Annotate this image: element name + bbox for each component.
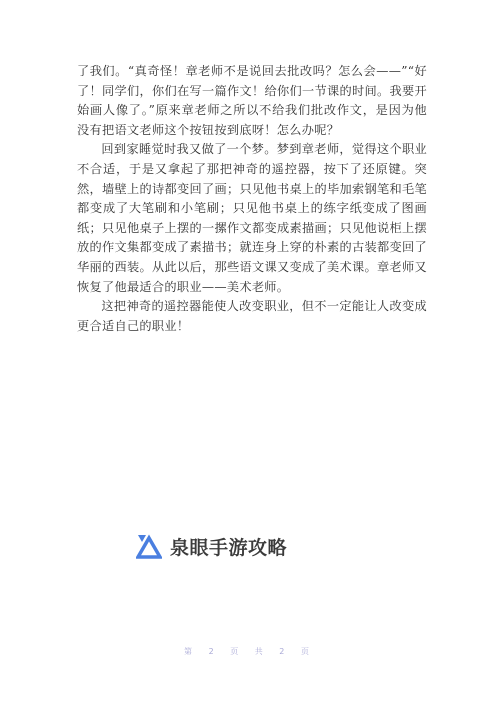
paragraph-1: 了我们。“真奇怪！章老师不是说回去批改吗？怎么会——”“好了！同学们，你们在写一…	[77, 62, 427, 140]
watermark-text: 泉眼手游攻略	[170, 533, 287, 560]
paragraph-2: 回到家睡觉时我又做了一个梦。梦到章老师，觉得这个职业不合适，于是又拿起了那把神奇…	[77, 140, 427, 297]
watermark: 泉眼手游攻略	[136, 528, 287, 564]
triangle-logo-icon	[136, 533, 162, 559]
page-number-footer: 第 2 页 共 2 页	[0, 646, 500, 657]
document-page: 了我们。“真奇怪！章老师不是说回去批改吗？怎么会——”“好了！同学们，你们在写一…	[0, 0, 500, 708]
document-body: 了我们。“真奇怪！章老师不是说回去批改吗？怎么会——”“好了！同学们，你们在写一…	[77, 62, 427, 336]
paragraph-3: 这把神奇的遥控器能使人改变职业，但不一定能让人改变成更合适自己的职业！	[77, 297, 427, 336]
